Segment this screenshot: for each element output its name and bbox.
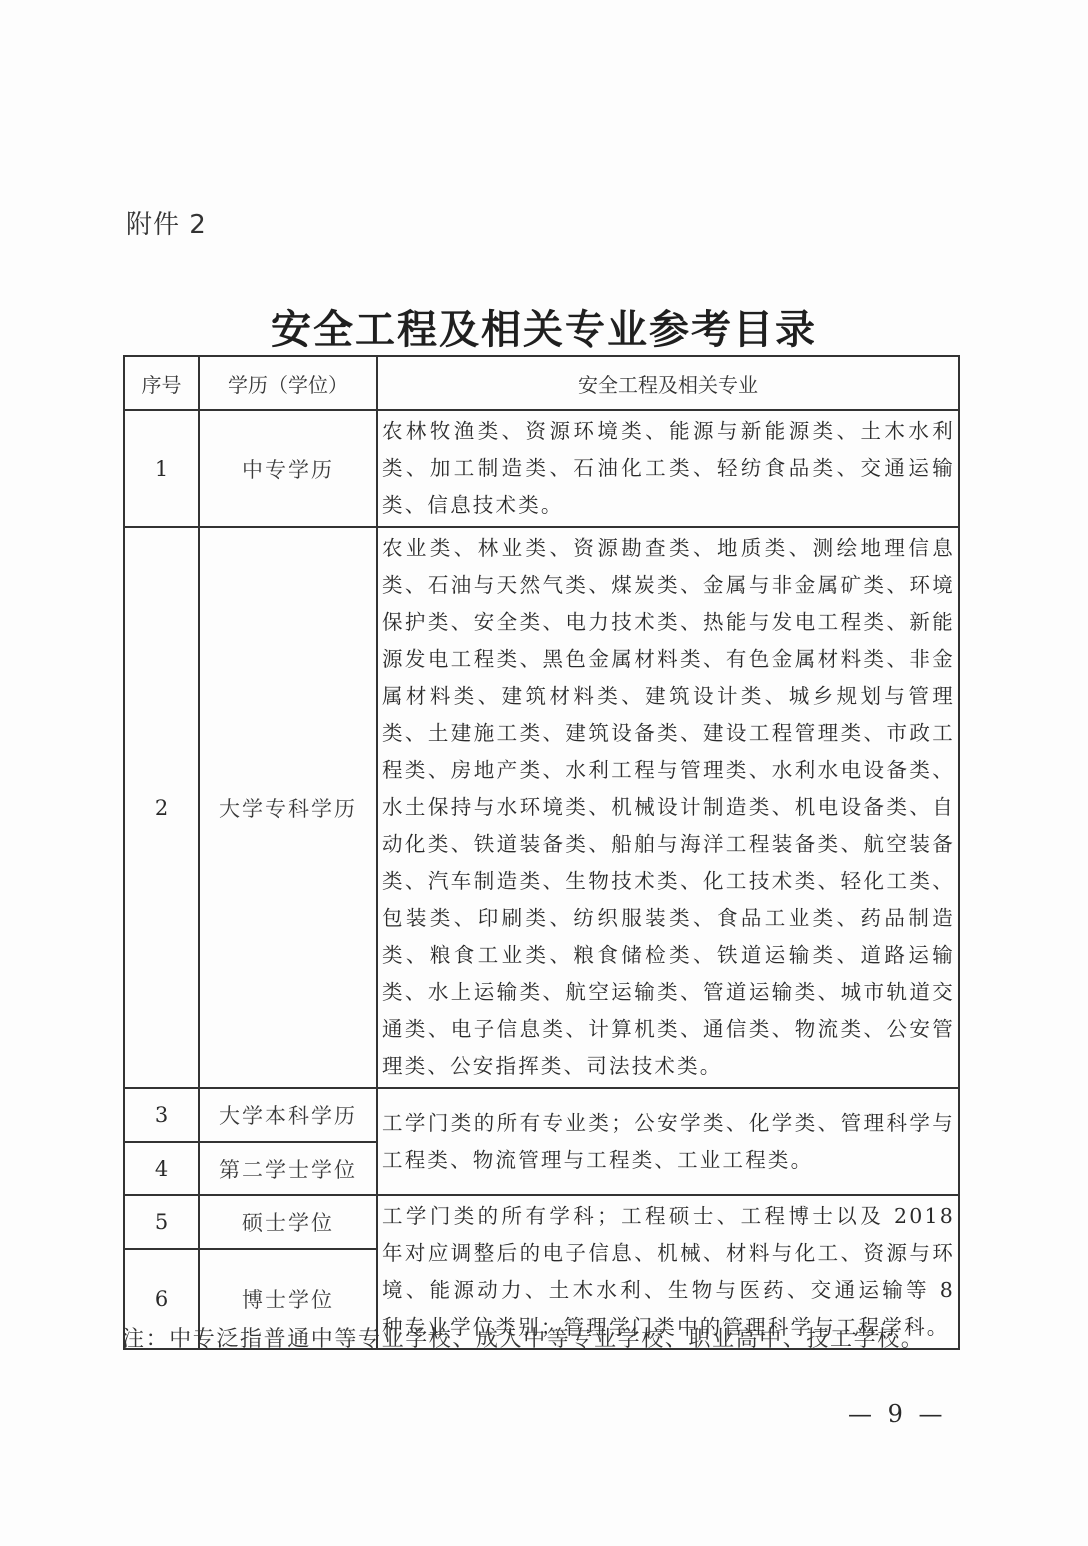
table-row: 1 中专学历 农林牧渔类、资源环境类、能源与新能源类、土木水利类、加工制造类、石… [124, 410, 959, 527]
row-number: 1 [124, 410, 199, 527]
related-majors: 工学门类的所有专业类；公安学类、化学类、管理科学与工程类、物流管理与工程类、工业… [377, 1088, 959, 1195]
education-level: 大学本科学历 [199, 1088, 377, 1142]
row-number: 2 [124, 527, 199, 1088]
education-level: 第二学士学位 [199, 1142, 377, 1195]
attachment-label: 附件 2 [126, 204, 207, 241]
education-level: 硕士学位 [199, 1195, 377, 1249]
related-majors: 农林牧渔类、资源环境类、能源与新能源类、土木水利类、加工制造类、石油化工类、轻纺… [377, 410, 959, 527]
related-majors: 农业类、林业类、资源勘查类、地质类、测绘地理信息类、石油与天然气类、煤炭类、金属… [377, 527, 959, 1088]
row-number: 5 [124, 1195, 199, 1249]
table-header-row: 序号 学历（学位） 安全工程及相关专业 [124, 356, 959, 410]
document-title: 安全工程及相关专业参考目录 [0, 298, 1088, 355]
column-header-level: 学历（学位） [199, 356, 377, 410]
table-row: 2 大学专科学历 农业类、林业类、资源勘查类、地质类、测绘地理信息类、石油与天然… [124, 527, 959, 1088]
majors-table: 序号 学历（学位） 安全工程及相关专业 1 中专学历 农林牧渔类、资源环境类、能… [123, 355, 960, 1350]
row-number: 4 [124, 1142, 199, 1195]
education-level: 中专学历 [199, 410, 377, 527]
column-header-majors: 安全工程及相关专业 [377, 356, 959, 410]
column-header-no: 序号 [124, 356, 199, 410]
table-row: 3 大学本科学历 工学门类的所有专业类；公安学类、化学类、管理科学与工程类、物流… [124, 1088, 959, 1142]
row-number: 3 [124, 1088, 199, 1142]
footnote: 注：中专泛指普通中等专业学校、成人中等专业学校、职业高中、技工学校。 [122, 1322, 924, 1353]
table-row: 5 硕士学位 工学门类的所有学科；工程硕士、工程博士以及 2018 年对应调整后… [124, 1195, 959, 1249]
page-number: — 9 — [848, 1400, 947, 1428]
education-level: 大学专科学历 [199, 527, 377, 1088]
